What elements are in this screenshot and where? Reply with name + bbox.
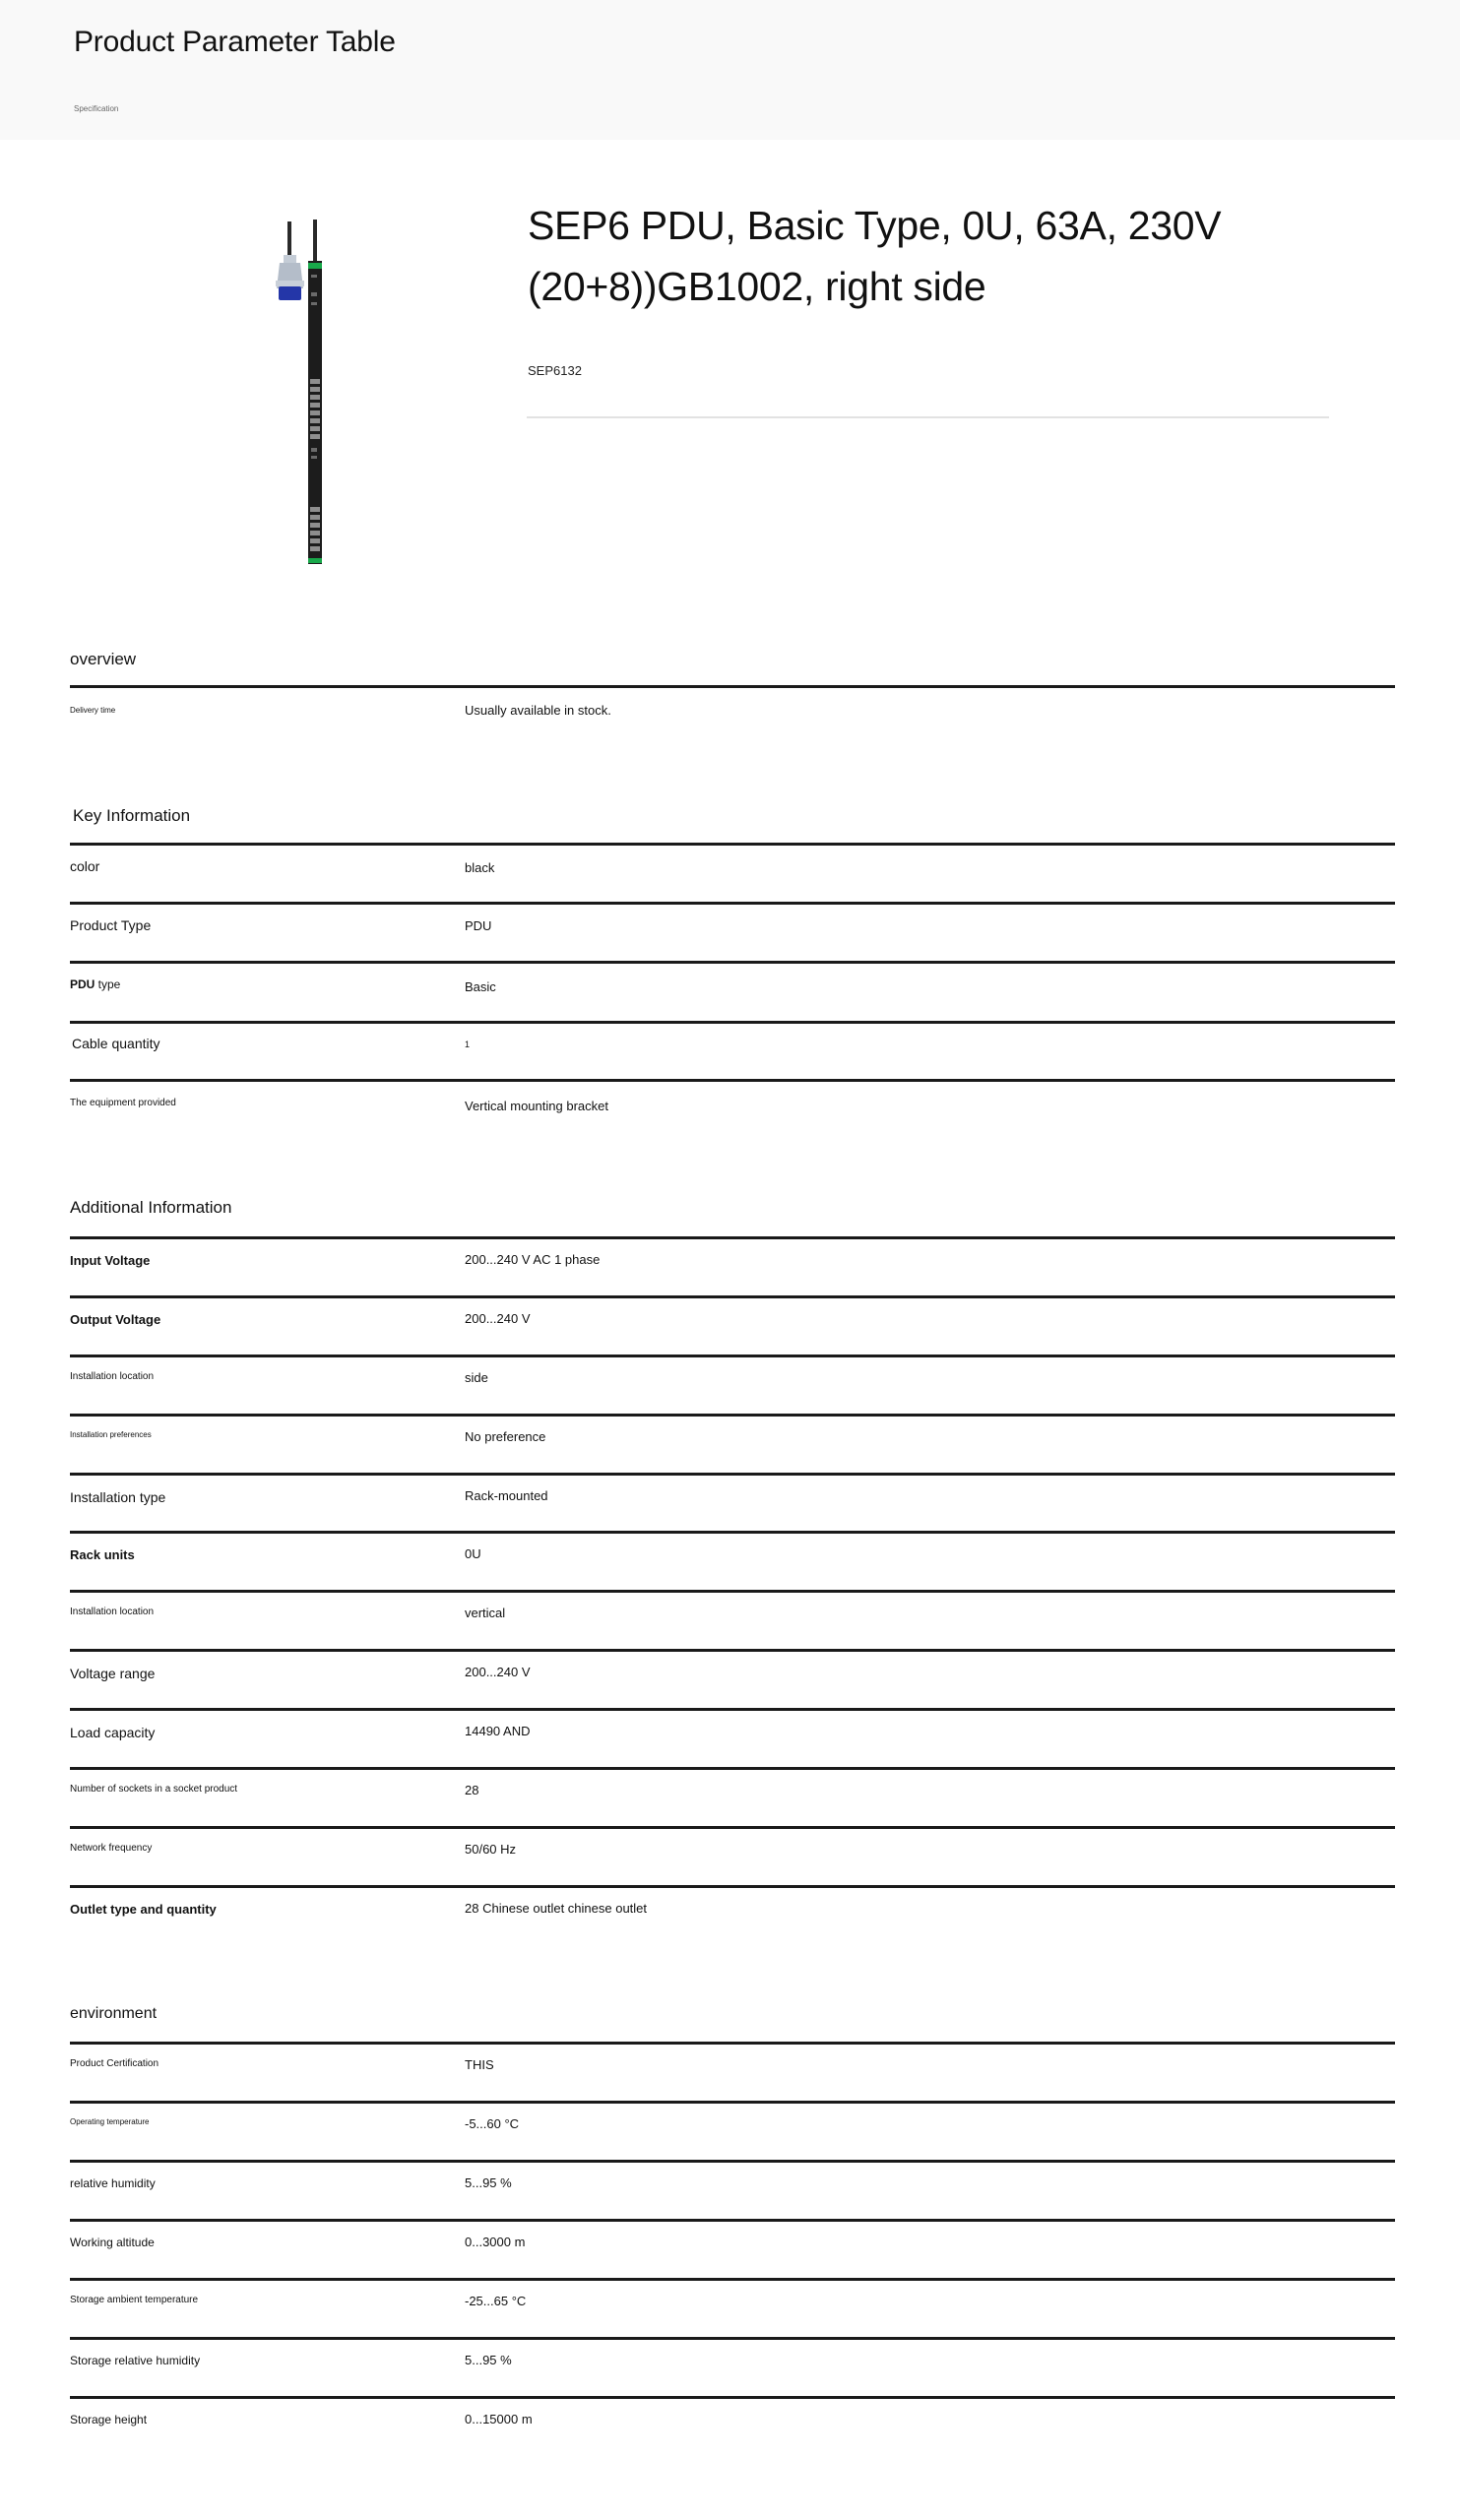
row-value: 50/60 Hz: [465, 1842, 516, 1857]
row-rule: [70, 1079, 1395, 1082]
pdu-product-image: [266, 212, 354, 576]
row-value: side: [465, 1370, 488, 1385]
row-value: PDU: [465, 918, 491, 933]
row-value: No preference: [465, 1429, 545, 1444]
row-value: 0...3000 m: [465, 2235, 525, 2249]
row-rule: [70, 2101, 1395, 2104]
product-divider: [527, 416, 1329, 418]
row-rule: [70, 1414, 1395, 1417]
row-label: Storage height: [70, 2413, 147, 2426]
page-header: Product Parameter Table Specification: [0, 0, 1460, 140]
row-label: Number of sockets in a socket product: [70, 1784, 237, 1795]
row-label: PDU type: [70, 977, 120, 991]
row-rule: [70, 1354, 1395, 1357]
pdu-product-icon: [266, 212, 354, 576]
row-rule: [70, 2219, 1395, 2222]
row-label: Product Type: [70, 917, 151, 933]
section-heading-additional-information: Additional Information: [70, 1198, 231, 1218]
row-rule: [70, 902, 1395, 905]
row-value: Usually available in stock.: [465, 703, 611, 718]
row-label: Installation location: [70, 1371, 154, 1382]
row-value: THIS: [465, 2057, 494, 2072]
row-rule: [70, 1531, 1395, 1534]
section-heading-environment: environment: [70, 2005, 157, 2023]
section-heading-overview: overview: [70, 650, 136, 669]
row-value: black: [465, 860, 494, 875]
row-rule: [70, 1590, 1395, 1593]
row-value: 200...240 V AC 1 phase: [465, 1252, 600, 1267]
row-label: Working altitude: [70, 2236, 155, 2249]
row-label: Storage relative humidity: [70, 2354, 200, 2367]
row-label: relative humidity: [70, 2176, 156, 2190]
row-value: 14490 AND: [465, 1724, 531, 1738]
row-rule: [70, 2337, 1395, 2340]
row-label: Operating temperature: [70, 2117, 150, 2126]
row-label: Delivery time: [70, 706, 115, 715]
section-rule: [70, 1236, 1395, 1239]
section-rule: [70, 2042, 1395, 2045]
row-rule: [70, 1649, 1395, 1652]
row-value: -5...60 °C: [465, 2116, 519, 2131]
row-value: 200...240 V: [465, 1311, 531, 1326]
row-label: Network frequency: [70, 1843, 152, 1854]
row-label: Rack units: [70, 1547, 135, 1562]
row-value: 200...240 V: [465, 1665, 531, 1679]
row-value: 1: [465, 1039, 470, 1049]
row-rule: [70, 961, 1395, 964]
row-label: Output Voltage: [70, 1312, 160, 1327]
row-rule: [70, 2160, 1395, 2163]
product-title-line-2: (20+8))GB1002, right side: [528, 256, 1335, 317]
row-label-bold: PDU: [70, 977, 95, 991]
row-value: 28: [465, 1783, 478, 1797]
row-label: Load capacity: [70, 1725, 155, 1740]
row-rule: [70, 1708, 1395, 1711]
section-rule: [70, 843, 1395, 846]
row-value: Vertical mounting bracket: [465, 1099, 608, 1113]
row-value: vertical: [465, 1606, 505, 1620]
row-label: Installation location: [70, 1606, 154, 1617]
product-title-line-1: SEP6 PDU, Basic Type, 0U, 63A, 230V: [528, 195, 1335, 256]
row-label: Installation type: [70, 1489, 165, 1505]
row-rule: [70, 1295, 1395, 1298]
row-label: Storage ambient temperature: [70, 2295, 198, 2305]
row-value: Basic: [465, 979, 496, 994]
row-label: The equipment provided: [70, 1098, 176, 1108]
row-label-rest: type: [95, 977, 120, 991]
row-rule: [70, 2278, 1395, 2281]
page-title: Product Parameter Table: [74, 26, 396, 59]
product-title: SEP6 PDU, Basic Type, 0U, 63A, 230V (20+…: [528, 195, 1335, 317]
row-value: 0U: [465, 1546, 481, 1561]
row-label: Product Certification: [70, 2058, 159, 2069]
row-label: Installation preferences: [70, 1430, 152, 1439]
row-value: Rack-mounted: [465, 1488, 548, 1503]
row-label: Cable quantity: [72, 1036, 160, 1051]
row-rule: [70, 1473, 1395, 1476]
row-label: Input Voltage: [70, 1253, 150, 1268]
row-rule: [70, 1021, 1395, 1024]
row-value: -25...65 °C: [465, 2294, 526, 2308]
row-value: 5...95 %: [465, 2175, 512, 2190]
row-label: Outlet type and quantity: [70, 1902, 217, 1917]
row-value: 5...95 %: [465, 2353, 512, 2367]
row-rule: [70, 1767, 1395, 1770]
row-rule: [70, 2396, 1395, 2399]
row-rule: [70, 1885, 1395, 1888]
row-rule: [70, 1826, 1395, 1829]
row-label: color: [70, 858, 99, 874]
product-model: SEP6132: [528, 363, 582, 378]
row-value: 28 Chinese outlet chinese outlet: [465, 1901, 647, 1916]
page-subtitle: Specification: [74, 104, 118, 113]
row-label: Voltage range: [70, 1666, 155, 1681]
section-heading-key-information: Key Information: [73, 806, 190, 826]
section-rule: [70, 685, 1395, 688]
row-value: 0...15000 m: [465, 2412, 533, 2426]
